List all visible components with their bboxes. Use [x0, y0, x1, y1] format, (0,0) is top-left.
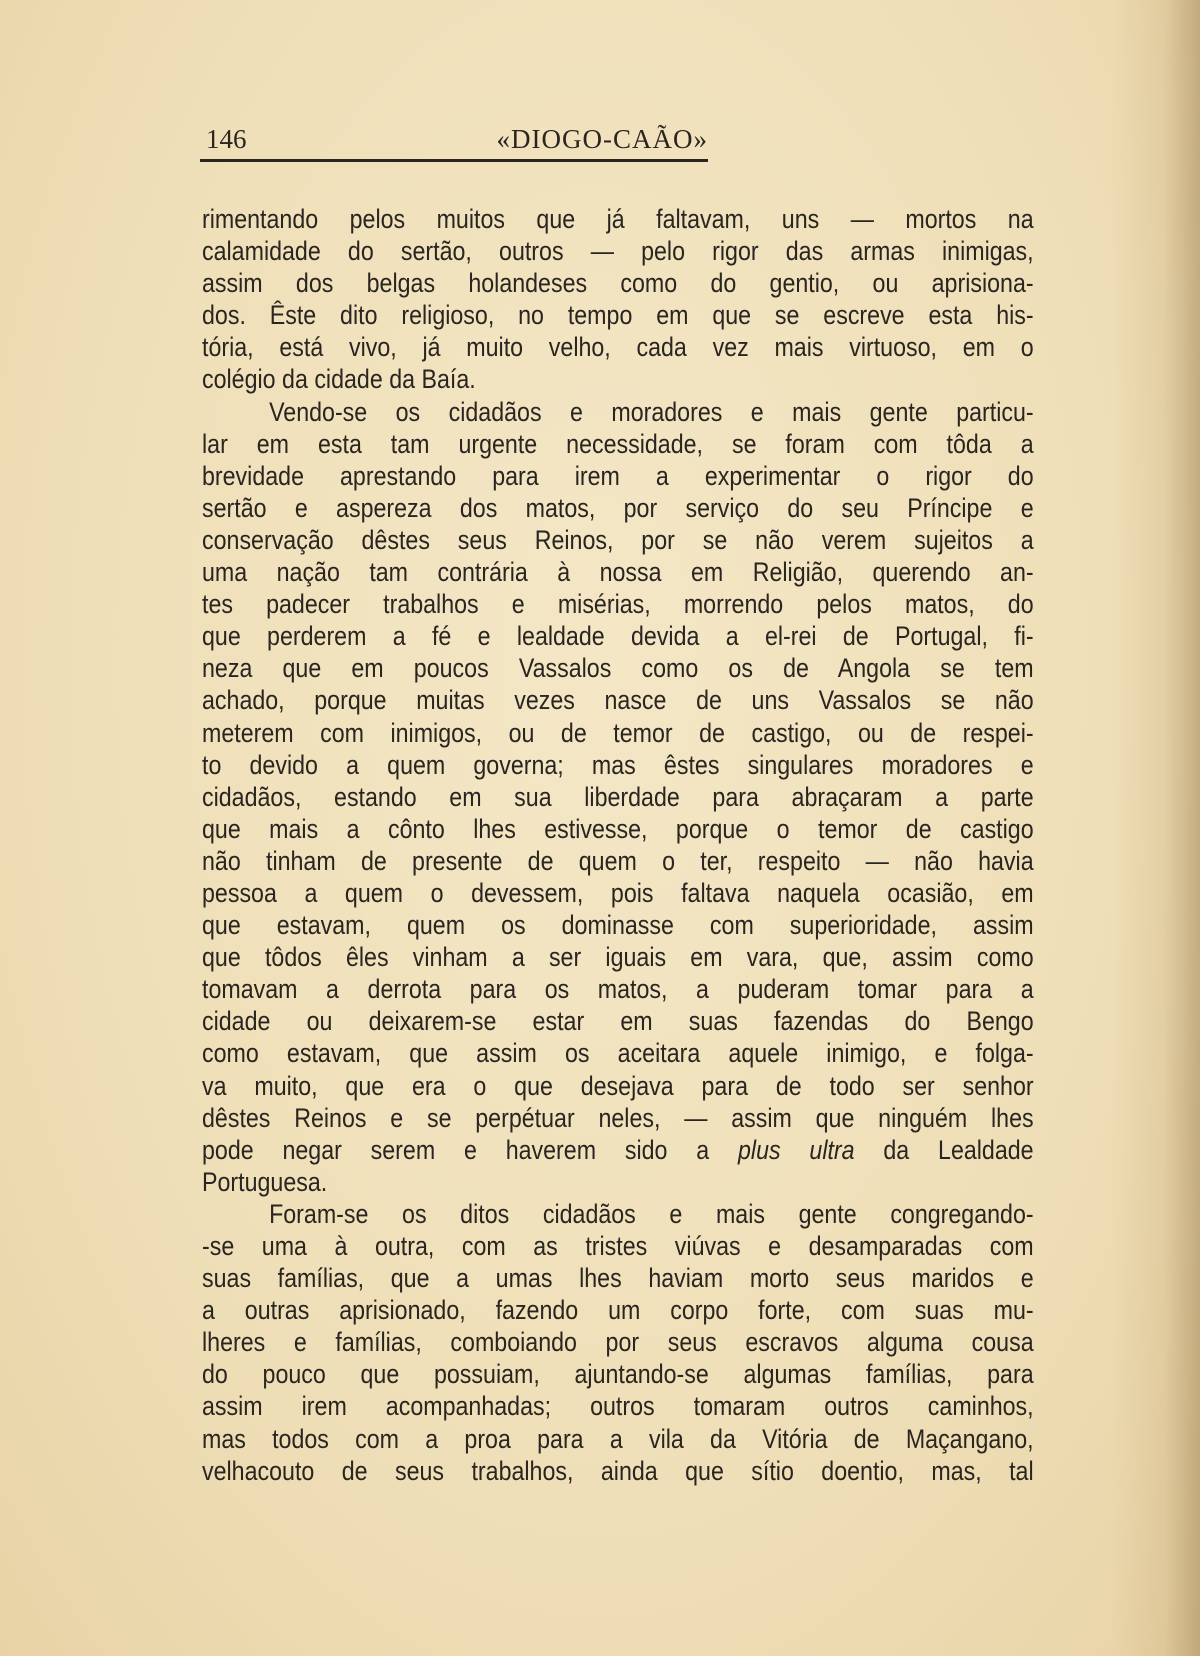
text-line: tória, está vivo, já muito velho, cada v…: [202, 331, 1034, 363]
text-line: colégio da cidade da Baía.: [202, 363, 1034, 395]
text-line: assim dos belgas holandeses como do gent…: [202, 267, 1034, 299]
text-line: uma nação tam contrária à nossa em Relig…: [202, 556, 1034, 588]
text-line: mas todos com a proa para a vila da Vitó…: [202, 1423, 1034, 1455]
header-rule: [200, 159, 708, 162]
text-line: velhacouto de seus trabalhos, ainda que …: [202, 1455, 1034, 1487]
text-line: dos. Êste dito religioso, no tempo em qu…: [202, 299, 1034, 331]
body-text: rimentando pelos muitos que já faltavam,…: [202, 203, 1034, 1487]
text-line: rimentando pelos muitos que já faltavam,…: [202, 203, 1034, 235]
text-line: -se uma à outra, com as tristes viúvas e…: [202, 1230, 1034, 1262]
page-header: 146 «DIOGO-CAÃO»: [200, 118, 708, 162]
text-line: lheres e famílias, comboiando por seus e…: [202, 1326, 1034, 1358]
text-line: Portuguesa.: [202, 1166, 1034, 1198]
text-line: achado, porque muitas vezes nasce de uns…: [202, 684, 1034, 716]
text-line: dêstes Reinos e se perpétuar neles, — as…: [202, 1102, 1034, 1134]
text-line: assim irem acompanhadas; outros tomaram …: [202, 1390, 1034, 1422]
text-line: do pouco que possuiam, ajuntando-se algu…: [202, 1358, 1034, 1390]
book-page: 146 «DIOGO-CAÃO» rimentando pelos muitos…: [0, 0, 1200, 1656]
text-line: que mais a cônto lhes estivesse, porque …: [202, 813, 1034, 845]
text-line: como estavam, que assim os aceitara aque…: [202, 1037, 1034, 1069]
text-line: tes padecer trabalhos e misérias, morren…: [202, 588, 1034, 620]
text-line: não tinham de presente de quem o ter, re…: [202, 845, 1034, 877]
page-number: 146: [206, 124, 247, 155]
paragraph: Vendo-se os cidadãos e moradores e mais …: [202, 396, 1034, 1198]
text-line: to devido a quem governa; mas êstes sing…: [202, 749, 1034, 781]
running-title: «DIOGO-CAÃO»: [497, 124, 708, 155]
text-line: suas famílias, que a umas lhes haviam mo…: [202, 1262, 1034, 1294]
text-line: cidade ou deixarem-se estar em suas faze…: [202, 1005, 1034, 1037]
paragraph: Foram-se os ditos cidadãos e mais gente …: [202, 1198, 1034, 1487]
text-line: meterem com inimigos, ou de temor de cas…: [202, 717, 1034, 749]
text-line: brevidade aprestando para irem a experim…: [202, 460, 1034, 492]
text-line: conservação dêstes seus Reinos, por se n…: [202, 524, 1034, 556]
text-line: Vendo-se os cidadãos e moradores e mais …: [202, 396, 1034, 428]
text-line: cidadãos, estando em sua liberdade para …: [202, 781, 1034, 813]
text-line: sertão e aspereza dos matos, por serviço…: [202, 492, 1034, 524]
text-line-with-italic: pode negar serem e haverem sido a plus u…: [202, 1134, 1034, 1166]
text-line: calamidade do sertão, outros — pelo rigo…: [202, 235, 1034, 267]
paragraph: rimentando pelos muitos que já faltavam,…: [202, 203, 1034, 396]
text-line: pessoa a quem o devessem, pois faltava n…: [202, 877, 1034, 909]
italic-phrase: plus ultra: [738, 1135, 855, 1165]
text-line: que tôdos êles vinham a ser iguais em va…: [202, 941, 1034, 973]
text-line: Foram-se os ditos cidadãos e mais gente …: [202, 1198, 1034, 1230]
text-line: va muito, que era o que desejava para de…: [202, 1070, 1034, 1102]
text-line: que estavam, quem os dominasse com super…: [202, 909, 1034, 941]
text-line: lar em esta tam urgente necessidade, se …: [202, 428, 1034, 460]
text-line: a outras aprisionado, fazendo um corpo f…: [202, 1294, 1034, 1326]
text-line: que perderem a fé e lealdade devida a el…: [202, 620, 1034, 652]
text-line: neza que em poucos Vassalos como os de A…: [202, 652, 1034, 684]
text-line: tomavam a derrota para os matos, a puder…: [202, 973, 1034, 1005]
